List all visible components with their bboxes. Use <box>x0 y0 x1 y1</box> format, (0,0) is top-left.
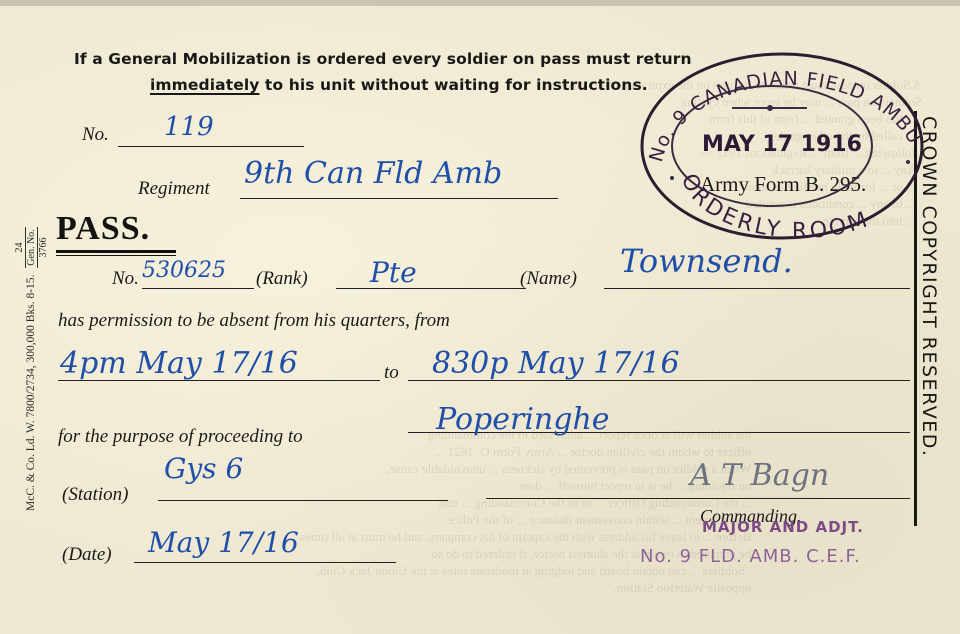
purpose-label: for the purpose of proceeding to <box>58 426 303 448</box>
name-line <box>604 288 910 289</box>
station-value: Gys 6 <box>164 452 243 485</box>
pass-document: A Soldier on pass must return to his uni… <box>0 6 960 634</box>
regiment-label: Regiment <box>138 178 210 200</box>
rank-value: Pte <box>370 256 417 289</box>
pass-no-label: No. <box>82 124 109 146</box>
signature-line <box>486 498 910 499</box>
permission-text: has permission to be absent from his qua… <box>58 310 450 332</box>
soldier-no-value: 530625 <box>142 258 226 283</box>
to-value: 830p May 17/16 <box>432 346 680 381</box>
station-line <box>158 500 448 501</box>
to-label: to <box>384 362 399 384</box>
orderly-room-oval-stamp: No. 9 CANADIAN FIELD AMBULANCE ORDERLY R… <box>632 38 932 248</box>
gen-no-label: Gen. No. <box>25 227 38 267</box>
gen-no-top: 24 <box>14 243 25 253</box>
date-line <box>134 562 396 563</box>
rank-stamp-line1: MAJOR AND ADJT. <box>702 518 864 536</box>
rank-label: (Rank) <box>256 268 308 290</box>
title-underline <box>56 250 176 253</box>
title-underline-thin <box>56 255 176 256</box>
soldier-no-label: No. <box>112 268 139 290</box>
stamp-date: MAY 17 1916 <box>702 132 862 157</box>
soldier-no-line <box>142 288 254 289</box>
rank-line <box>336 288 526 289</box>
printer-imprint: McC. & Co. Ld. W. 7800/2734, 300,000 Bks… <box>14 227 49 511</box>
purpose-destination-value: Poperinghe <box>436 402 610 437</box>
pass-no-line <box>118 146 304 147</box>
gen-no-bottom: 3766 <box>38 238 49 258</box>
mobilization-notice-line1: If a General Mobilization is ordered eve… <box>74 50 692 68</box>
regiment-value: 9th Can Fld Amb <box>244 156 502 191</box>
mobilization-notice-line2: immediately to his unit without waiting … <box>150 76 648 94</box>
station-label: (Station) <box>62 484 129 506</box>
from-value: 4pm May 17/16 <box>60 346 298 381</box>
date-value: May 17/16 <box>148 526 299 559</box>
regiment-line <box>240 198 558 199</box>
unit-stamp-line2: No. 9 FLD. AMB. C.E.F. <box>640 546 861 567</box>
pass-no-value: 119 <box>164 112 214 142</box>
name-label: (Name) <box>520 268 577 290</box>
commanding-officer-signature: A T Bagn <box>690 458 829 493</box>
pass-title: PASS. <box>56 210 150 248</box>
immediately-emphasis: immediately <box>150 76 259 94</box>
reverse-side-bleed-through-lower: the soldier will at once report ... addr… <box>300 426 752 596</box>
date-label: (Date) <box>62 544 112 566</box>
